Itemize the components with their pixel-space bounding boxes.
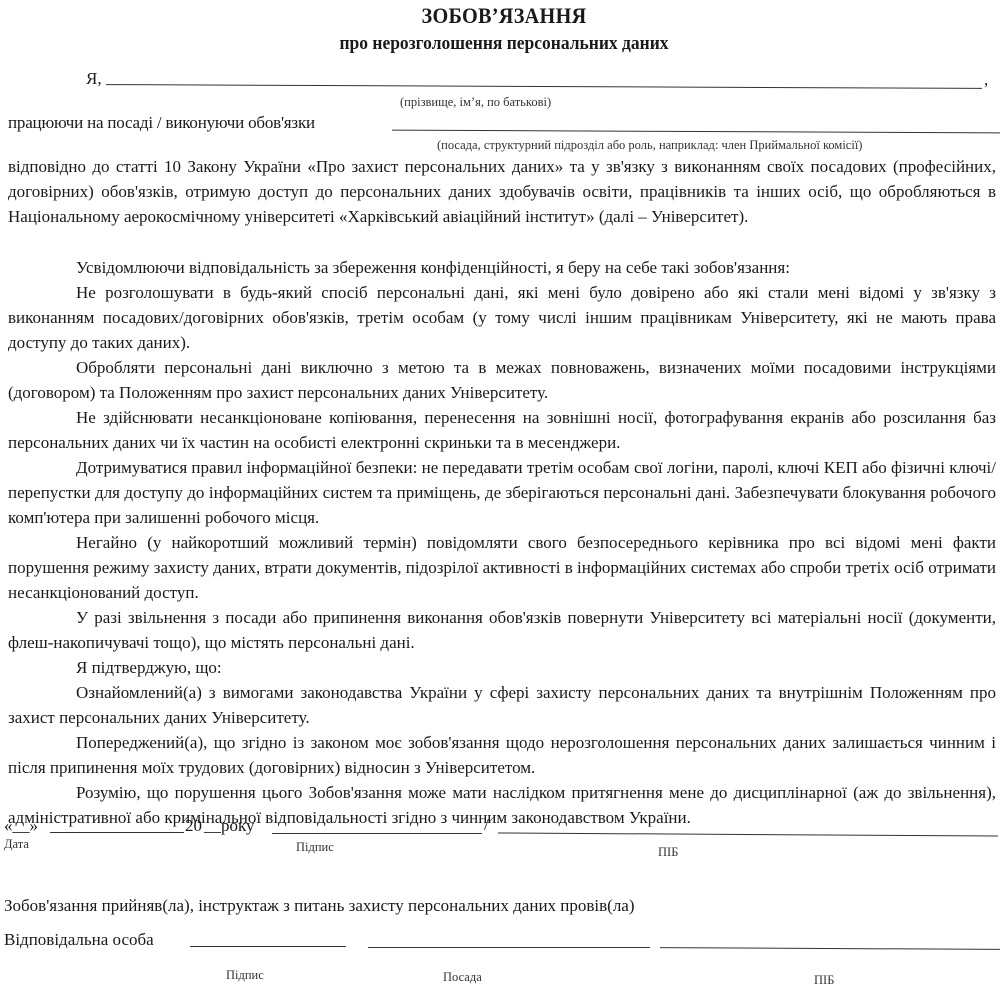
confirmation-item: Ознайомлений(а) з вимогами законодавства… [8, 680, 996, 730]
obligation-item: Дотримуватися правил інформаційної безпе… [8, 455, 996, 530]
signature-field[interactable] [272, 833, 482, 834]
full-name-caption: ПІБ [658, 845, 678, 860]
date-caption: Дата [4, 837, 29, 852]
name-field[interactable] [106, 84, 982, 89]
responsible-name-caption: ПІБ [814, 973, 834, 988]
obligations-section: Усвідомлюючи відповідальність за збереже… [8, 255, 996, 830]
obligation-item: Негайно (у найкоротший можливий термін) … [8, 530, 996, 605]
date-month-field[interactable] [50, 832, 184, 833]
responsible-label: Відповідальна особа [4, 930, 154, 950]
obligation-item: У разі звільнення з посади або припиненн… [8, 605, 996, 655]
confirmation-item: Розумію, що порушення цього Зобов'язання… [8, 780, 996, 830]
responsible-position-field[interactable] [368, 947, 650, 948]
position-field[interactable] [392, 130, 1000, 134]
confirmation-item: Попереджений(а), що згідно із законом мо… [8, 730, 996, 780]
signature-caption: Підпис [296, 840, 334, 855]
responsible-signature-caption: Підпис [226, 968, 264, 983]
responsible-position-caption: Посада [443, 970, 482, 985]
obligation-item: Обробляти персональні дані виключно з ме… [8, 355, 996, 405]
name-caption: (прізвище, ім’я, по батькові) [400, 95, 551, 110]
name-suffix: , [984, 70, 988, 90]
obligation-item: Не розголошувати в будь-який спосіб перс… [8, 280, 996, 355]
obligations-lead: Усвідомлюючи відповідальність за збереже… [8, 255, 996, 280]
date-day-field[interactable]: «__» [4, 816, 38, 836]
document-subtitle: про нерозголошення персональних даних [40, 33, 967, 55]
confirm-lead: Я підтверджую, що: [8, 655, 996, 680]
name-prefix: Я, [86, 69, 102, 89]
position-label: працюючи на посаді / виконуючи обов'язки [8, 113, 315, 133]
obligation-item: Не здійснювати несанкціоноване копіюванн… [8, 405, 996, 455]
intro-paragraph: відповідно до статті 10 Закону України «… [8, 154, 996, 229]
responsible-name-field[interactable] [660, 947, 1000, 950]
slash-separator: / [484, 815, 489, 835]
document-title: ЗОБОВ’ЯЗАННЯ [40, 3, 967, 29]
year-prefix: 20 [185, 816, 202, 836]
position-caption: (посада, структурний підрозділ або роль,… [437, 138, 862, 153]
acceptance-statement: Зобов'язання прийняв(ла), інструктаж з п… [4, 896, 635, 916]
year-field[interactable]: __року [204, 816, 255, 836]
full-name-field[interactable] [498, 832, 998, 836]
responsible-signature-field[interactable] [190, 946, 346, 947]
